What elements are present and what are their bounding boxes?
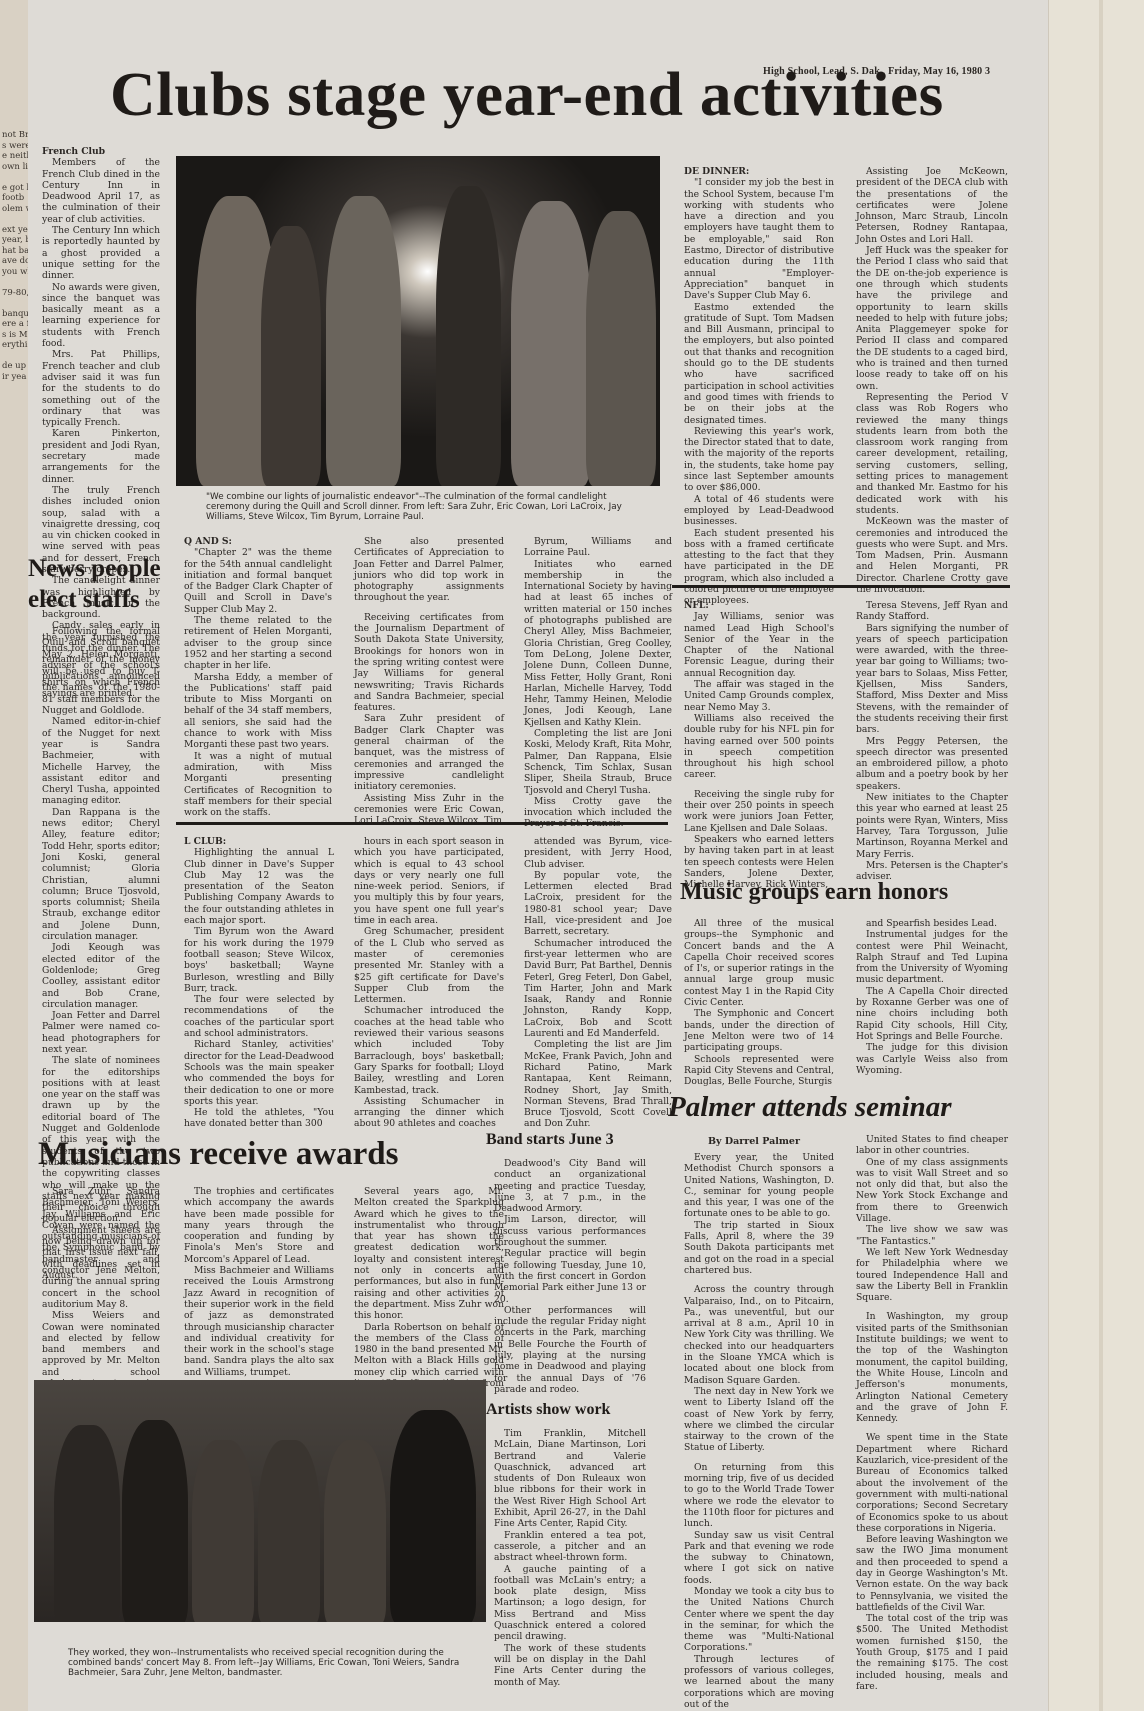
news-people-article: Following the formal Quill and Scroll ba…: [42, 626, 160, 1281]
quill-scroll-col-2: She also presented Certificates of Appre…: [354, 536, 504, 826]
paragraph: Members of the French Club dined in the …: [42, 157, 160, 225]
paragraph: Following the formal Quill and Scroll ba…: [42, 626, 160, 716]
nfl-col-2: Teresa Stevens, Jeff Ryan and Randy Staf…: [856, 600, 1008, 882]
quill-scroll-col-1: Q AND S: "Chapter 2" was the theme for t…: [184, 536, 332, 818]
section-divider: [176, 822, 668, 825]
section-divider: [672, 585, 1010, 588]
section-label: NFL:: [684, 600, 834, 611]
news-people-headline: News people elect staffs: [28, 556, 161, 612]
music-groups-col-1: All three of the musical groups--the Sym…: [684, 918, 834, 1087]
paragraph: The Century Inn which is reportedly haun…: [42, 225, 160, 281]
music-groups-col-2: and Spearfish besides Lead. Instrumental…: [856, 918, 1008, 1076]
palmer-col-1: Every year, the United Methodist Church …: [684, 1152, 834, 1710]
section-label: Q AND S:: [184, 536, 332, 547]
palmer-headline: Palmer attends seminar: [668, 1093, 952, 1122]
newspaper-page: High School, Lead, S. Dak., Friday, May …: [28, 0, 1048, 1711]
de-dinner-col-2: Assisting Joe McKeown, president of the …: [856, 166, 1008, 595]
section-label: L CLUB:: [184, 836, 334, 847]
l-club-col-2: hours in each sport season in which you …: [354, 836, 504, 1130]
de-dinner-col-1: DE DINNER: "I consider my job the best i…: [684, 166, 834, 607]
musicians-headline: Musicians receive awards: [38, 1138, 399, 1171]
quill-scroll-col-3: Byrum, Williams and Lorraine Paul. Initi…: [524, 536, 672, 830]
paragraph: Jodi Keough was elected editor of the Go…: [42, 942, 160, 1010]
artists-article: Tim Franklin, Mitchell McLain, Diane Mar…: [494, 1428, 646, 1688]
palmer-col-2: United States to find cheaper labor in o…: [856, 1134, 1008, 1692]
nfl-col-1: NFL: Jay Williams, senior was named Lead…: [684, 600, 834, 890]
bottom-photo-caption: They worked, they won--Instrumentalists …: [68, 1648, 488, 1679]
paragraph: Dan Rappana is the news editor; Cheryl A…: [42, 807, 160, 943]
french-club-label: French Club: [42, 146, 160, 157]
l-club-col-3: attended was Byrum, vice-president, with…: [524, 836, 672, 1130]
page-headline: Clubs stage year-end activities: [110, 64, 944, 126]
paragraph: Karen Pinkerton, president and Jodi Ryan…: [42, 428, 160, 484]
paragraph: Joan Fetter and Darrel Palmer were named…: [42, 1010, 160, 1055]
top-photo-caption: "We combine our lights of journalistic e…: [206, 492, 646, 523]
artists-headline: Artists show work: [486, 1402, 610, 1418]
french-club-article: French Club Members of the French Club d…: [42, 146, 160, 700]
l-club-col-1: L CLUB: Highlighting the annual L Club d…: [184, 836, 334, 1130]
paragraph: Mrs. Pat Phillips, French teacher and cl…: [42, 349, 160, 428]
band-starts-article: Deadwood's City Band will conduct an org…: [494, 1158, 646, 1395]
binder-edge: [1048, 0, 1144, 1711]
instrumentalists-photo: [34, 1380, 486, 1622]
musicians-col-2: The trophies and certificates which acco…: [184, 1186, 334, 1378]
section-label: DE DINNER:: [684, 166, 834, 177]
paragraph: Named editor-in-chief of the Nugget for …: [42, 716, 160, 806]
candlelight-ceremony-photo: [176, 156, 660, 486]
band-starts-headline: Band starts June 3: [486, 1132, 614, 1148]
paragraph: No awards were given, since the banquet …: [42, 282, 160, 350]
music-groups-headline: Music groups earn honors: [680, 880, 948, 904]
musicians-col-3: Several years ago, Mr. Melton created th…: [354, 1186, 504, 1401]
byline: By Darrel Palmer: [708, 1136, 800, 1147]
